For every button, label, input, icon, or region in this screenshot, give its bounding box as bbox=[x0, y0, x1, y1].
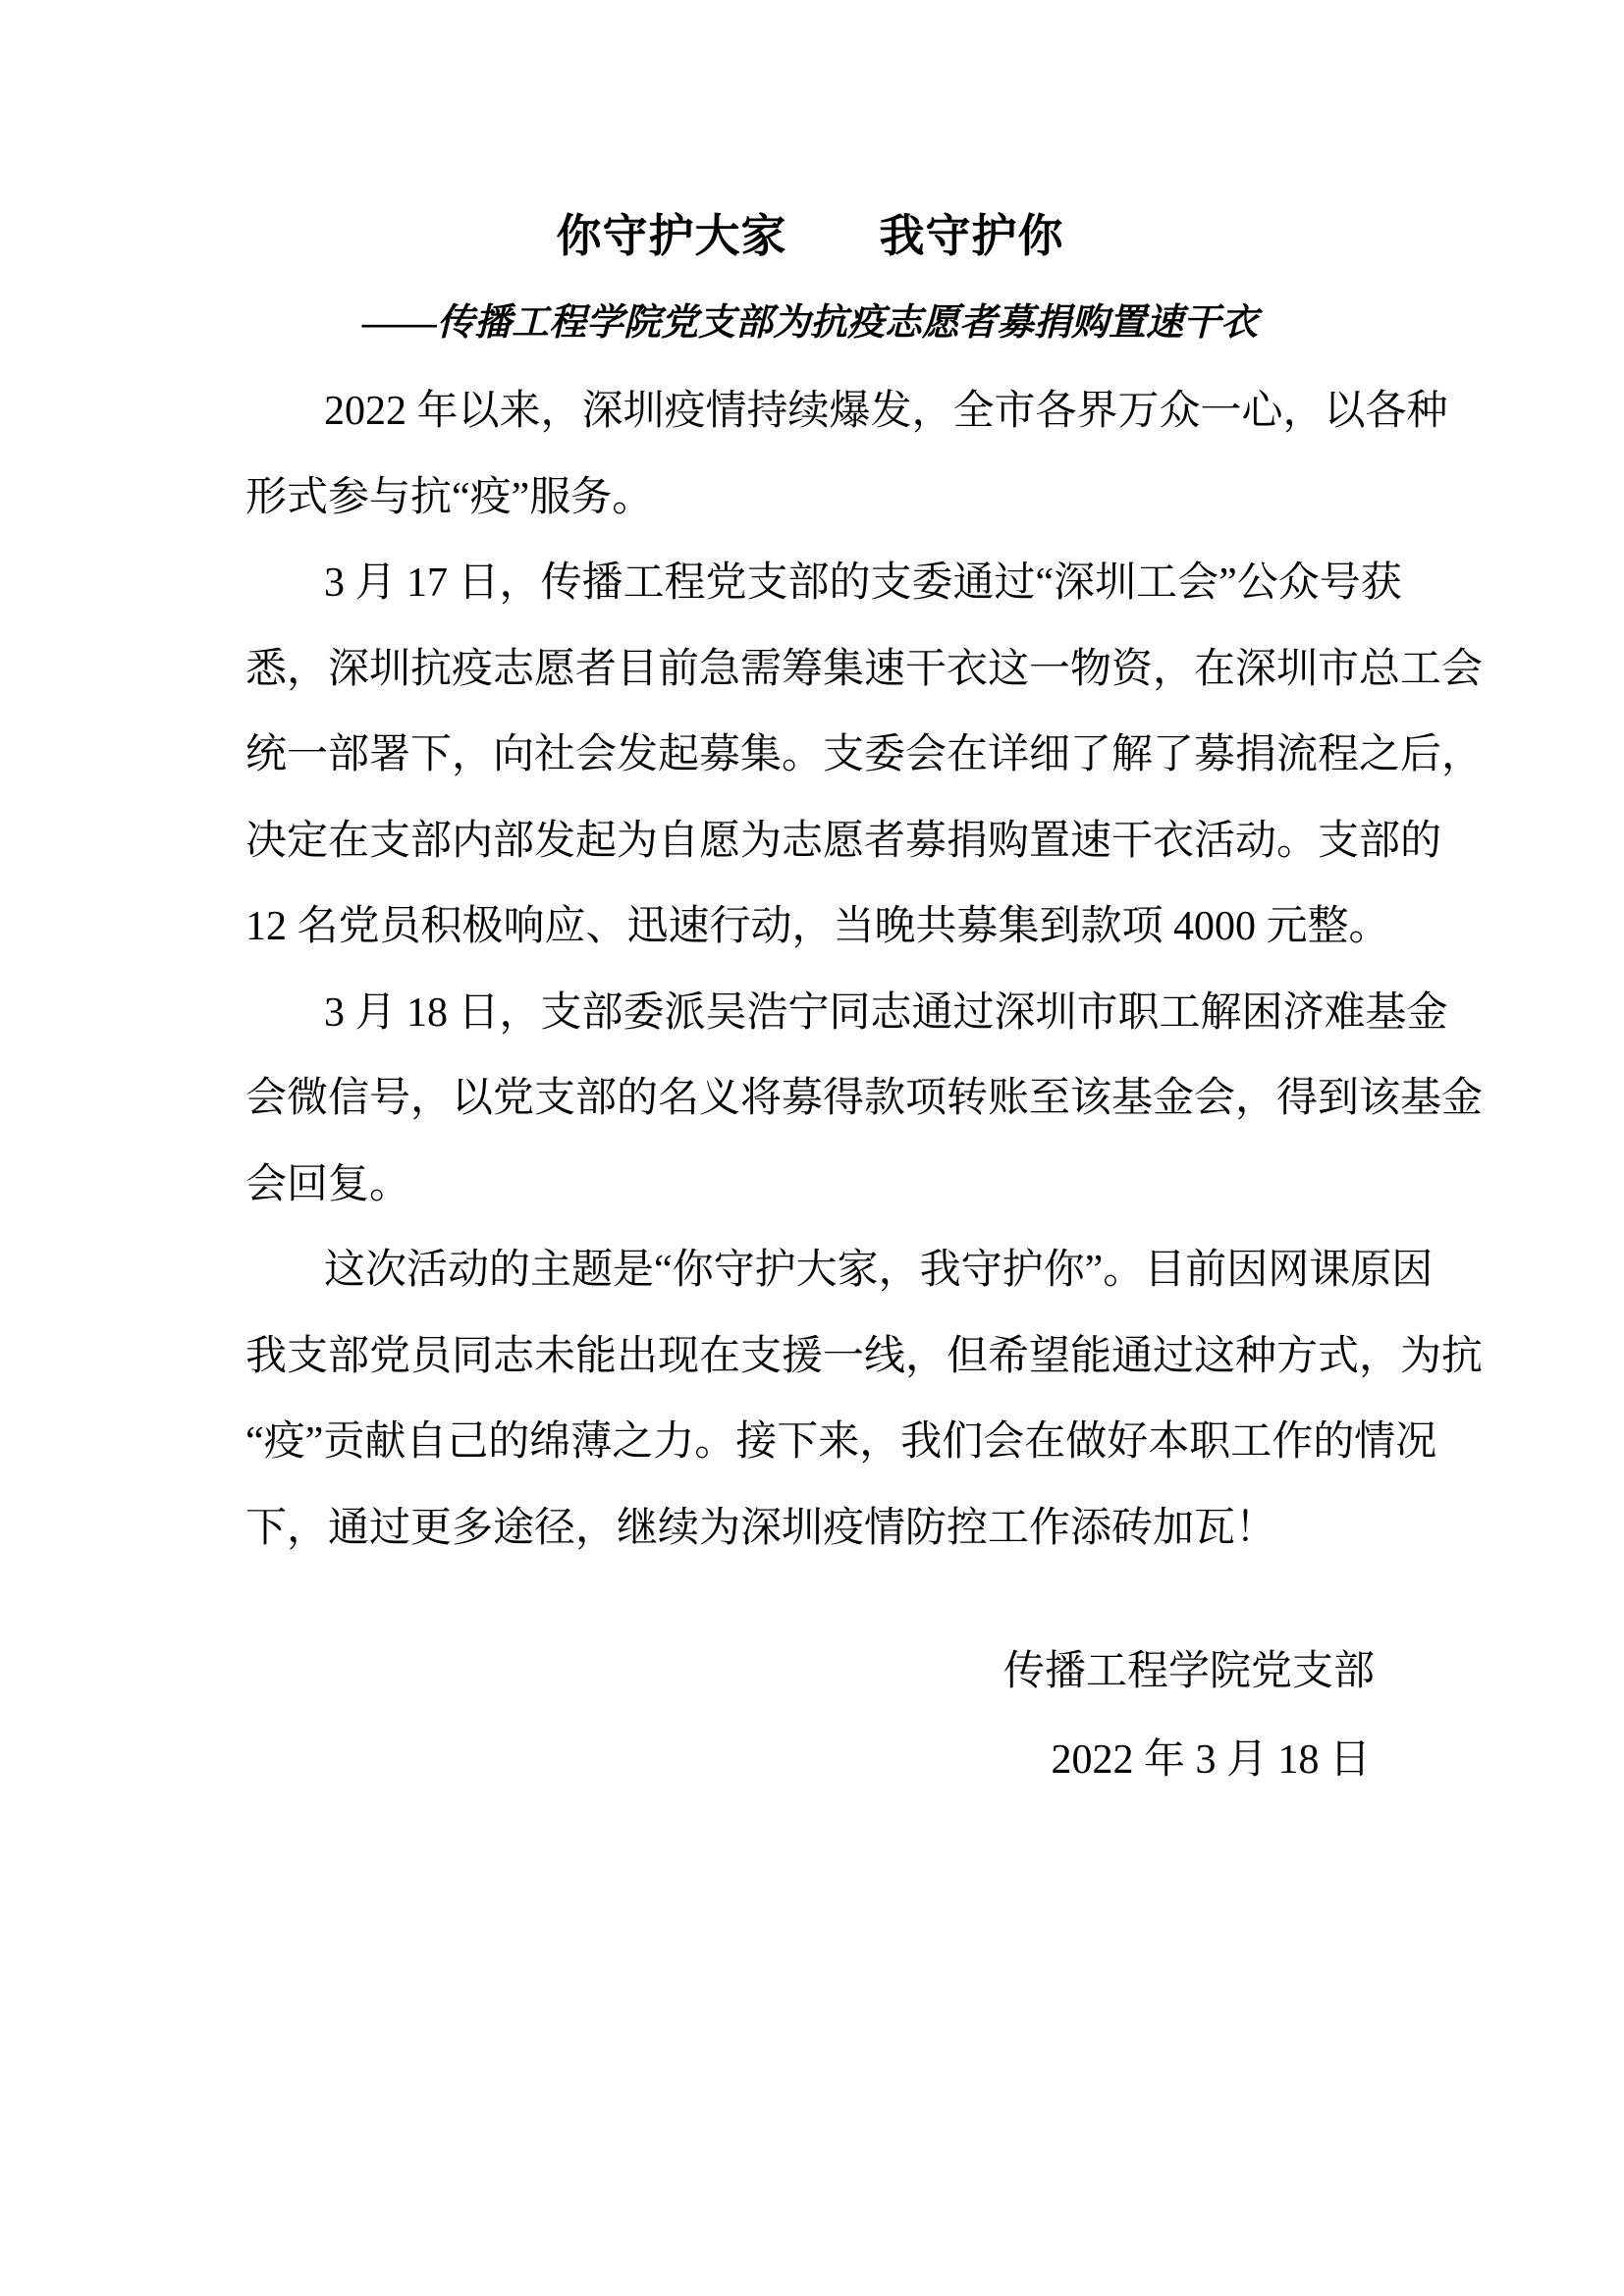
document-page: 你守护大家 我守护你 ——传播工程学院党支部为抗疫志愿者募捐购置速干衣 2022… bbox=[0, 0, 1624, 2296]
text-line: 统一部署下，向社会发起募集。支委会在详细了解了募捐流程之后， bbox=[245, 713, 1375, 799]
document-title: 你守护大家 我守护你 bbox=[245, 192, 1375, 281]
text-line: 会微信号，以党支部的名义将募得款项转账至该基金会，得到该基金 bbox=[245, 1056, 1375, 1143]
text-line: 决定在支部内部发起为自愿为志愿者募捐购置速干衣活动。支部的 bbox=[245, 799, 1375, 885]
text-line: 会回复。 bbox=[245, 1143, 1375, 1229]
paragraph-4: 这次活动的主题是“你守护大家，我守护你”。目前因网课原因我支部党员同志未能出现在… bbox=[245, 1228, 1375, 1572]
paragraph-3: 3 月 18 日，支部委派吴浩宁同志通过深圳市职工解困济难基金会微信号，以党支部… bbox=[245, 971, 1375, 1229]
text-line: 3 月 17 日，传播工程党支部的支委通过“深圳工会”公众号获 bbox=[245, 541, 1375, 627]
text-line: 12 名党员积极响应、迅速行动，当晚共募集到款项 4000 元整。 bbox=[245, 884, 1375, 971]
text-line: 3 月 18 日，支部委派吴浩宁同志通过深圳市职工解困济难基金 bbox=[245, 971, 1375, 1057]
paragraph-2: 3 月 17 日，传播工程党支部的支委通过“深圳工会”公众号获悉，深圳抗疫志愿者… bbox=[245, 541, 1375, 971]
text-line: “疫”贡献自己的绵薄之力。接下来，我们会在做好本职工作的情况 bbox=[245, 1400, 1375, 1486]
text-line: 这次活动的主题是“你守护大家，我守护你”。目前因网课原因 bbox=[245, 1228, 1375, 1314]
text-line: 形式参与抗“疫”服务。 bbox=[245, 455, 1375, 542]
text-line: 我支部党员同志未能出现在支援一线，但希望能通过这种方式，为抗 bbox=[245, 1314, 1375, 1401]
document-subtitle: ——传播工程学院党支部为抗疫志愿者募捐购置速干衣 bbox=[245, 279, 1375, 367]
date-line: 2022 年 3 月 18 日 bbox=[245, 1716, 1371, 1804]
paragraph-1: 2022 年以来，深圳疫情持续爆发，全市各界万众一心，以各种形式参与抗“疫”服务… bbox=[245, 369, 1375, 541]
text-line: 下，通过更多途径，继续为深圳疫情防控工作添砖加瓦！ bbox=[245, 1486, 1375, 1573]
text-line: 2022 年以来，深圳疫情持续爆发，全市各界万众一心，以各种 bbox=[245, 369, 1375, 455]
signature-line: 传播工程学院党支部 bbox=[245, 1628, 1375, 1716]
document-body: 2022 年以来，深圳疫情持续爆发，全市各界万众一心，以各种形式参与抗“疫”服务… bbox=[245, 369, 1375, 1572]
text-line: 悉，深圳抗疫志愿者目前急需筹集速干衣这一物资，在深圳市总工会 bbox=[245, 627, 1375, 714]
